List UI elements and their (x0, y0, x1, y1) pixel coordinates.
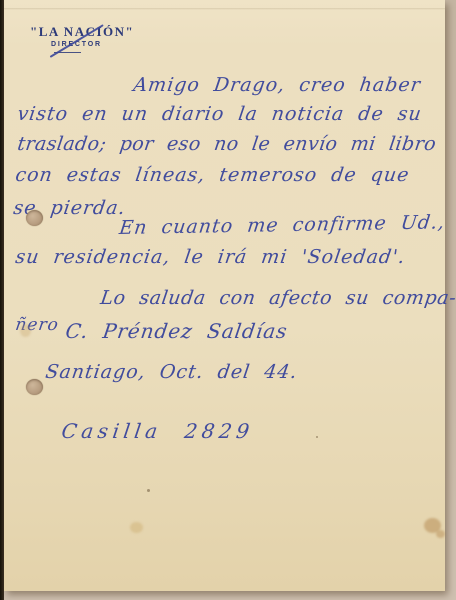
handwritten-line: En cuanto me confirme Ud., (118, 211, 447, 239)
scan-edge-left (0, 0, 4, 600)
handwritten-line: visto en un diario la noticia de su (16, 103, 423, 125)
handwritten-line: su residencia, le irá mi 'Soledad'. (14, 246, 407, 268)
mailbox-line: Casilla 2829 (60, 419, 255, 443)
place-date-line: Santiago, Oct. del 44. (44, 361, 299, 383)
handwritten-line: con estas líneas, temeroso de que (14, 164, 411, 186)
signature: C. Préndez Saldías (64, 319, 289, 343)
paper-stain (436, 530, 445, 538)
handwritten-line: Amigo Drago, creo haber (132, 74, 422, 96)
paper-stain (20, 324, 31, 337)
paper-speck (316, 436, 318, 438)
handwritten-line: Lo saluda con afecto su compa- (99, 287, 456, 309)
letterhead-subtitle: DIRECTOR (51, 41, 102, 48)
paper-stain (130, 522, 143, 533)
letter-paper: "LA NACIÓN" DIRECTOR Amigo Drago, creo h… (4, 0, 445, 591)
punch-hole (26, 210, 43, 226)
paper-speck (147, 489, 150, 492)
punch-hole (26, 379, 43, 395)
handwritten-line: traslado; por eso no le envío mi libro (16, 133, 438, 155)
